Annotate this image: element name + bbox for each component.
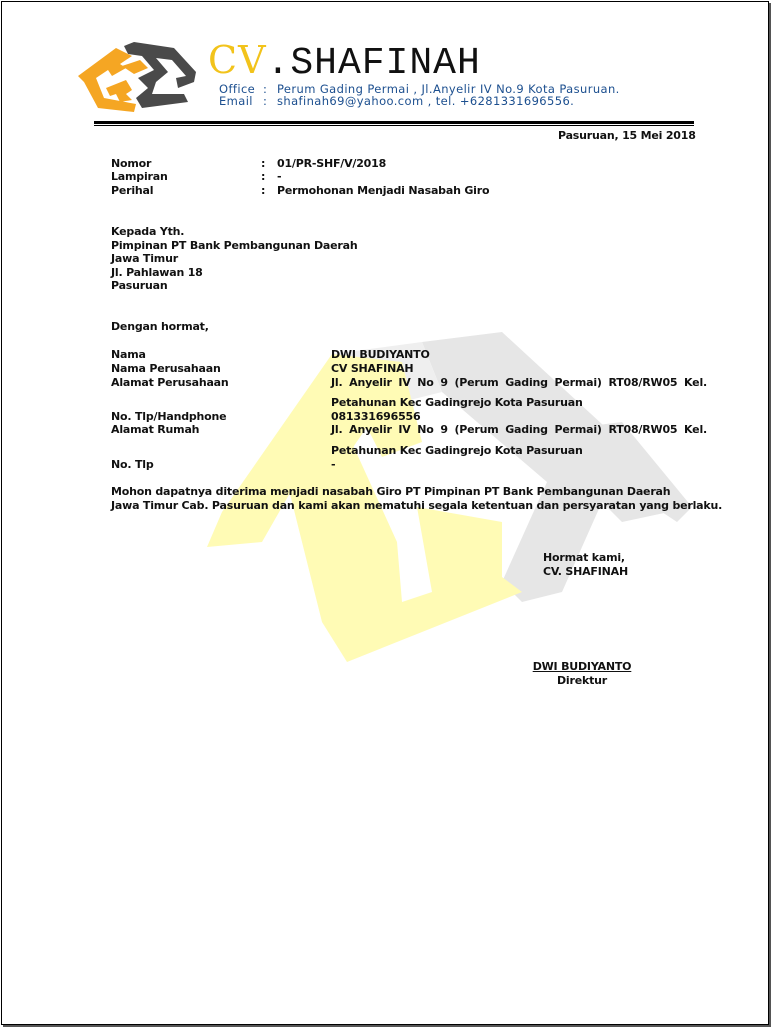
body-line: Jawa Timur Cab. Pasuruan dan kami akan m…: [111, 499, 722, 512]
email-label: Email: [219, 95, 263, 108]
signer-name: DWI BUDIYANTO: [522, 660, 642, 673]
field-value-alamat-rumah-line1: Jl. Anyelir IV No 9 (Perum Gading Permai…: [331, 423, 707, 436]
header-rule-thin: [94, 125, 694, 126]
company-prefix: CV: [208, 38, 267, 82]
recipient-line: Jawa Timur: [111, 252, 178, 265]
recipient-line: Pasuruan: [111, 279, 167, 292]
meta-colon: :: [261, 157, 265, 170]
recipient-line: Kepada Yth.: [111, 225, 184, 238]
field-value-no-tlp-handphone: 081331696556: [331, 410, 420, 423]
recipient-line: Pimpinan PT Bank Pembangunan Daerah: [111, 239, 357, 252]
company-name: .SHAFINAH: [267, 42, 481, 85]
field-value-nama-perusahaan: CV SHAFINAH: [331, 362, 413, 375]
field-label-nama-perusahaan: Nama Perusahaan: [111, 362, 221, 375]
field-label-alamat-perusahaan: Alamat Perusahaan: [111, 376, 229, 389]
email-separator: :: [263, 95, 277, 108]
field-value-alamat-perusahaan-line1: Jl. Anyelir IV No 9 (Perum Gading Permai…: [331, 376, 707, 389]
field-value-alamat-rumah-line2: Petahunan Kec Gadingrejo Kota Pasuruan: [331, 444, 583, 457]
body-line: Mohon dapatnya diterima menjadi nasabah …: [111, 485, 670, 498]
field-label-no-tlp: No. Tlp: [111, 458, 154, 471]
closing-salutation: Hormat kami,: [543, 551, 625, 564]
meta-label-lampiran: Lampiran: [111, 170, 168, 183]
recipient-line: Jl. Pahlawan 18: [111, 266, 203, 279]
company-title: CV.SHAFINAH: [208, 38, 481, 86]
field-label-nama: Nama: [111, 348, 146, 361]
field-label-alamat-rumah: Alamat Rumah: [111, 423, 199, 436]
field-value-no-tlp: -: [331, 458, 335, 471]
letter-page: CV.SHAFINAH Office:Perum Gading Permai ,…: [1, 1, 769, 1025]
meta-label-nomor: Nomor: [111, 157, 151, 170]
meta-colon: :: [261, 170, 265, 183]
email-line: Email:shafinah69@yahoo.com , tel. +62813…: [219, 95, 574, 108]
meta-value-nomor: 01/PR-SHF/V/2018: [277, 157, 386, 170]
header-rule-thick: [94, 121, 694, 124]
fsh-house-logo-icon: [76, 38, 204, 114]
fsh-logo-watermark-icon: [2, 2, 769, 1025]
meta-colon: :: [261, 184, 265, 197]
field-label-no-tlp-handphone: No. Tlp/Handphone: [111, 410, 226, 423]
date-line: Pasuruan, 15 Mei 2018: [558, 129, 696, 142]
email-address: shafinah69@yahoo.com , tel. +62813316965…: [277, 94, 574, 108]
meta-value-lampiran: -: [277, 170, 281, 183]
field-value-nama: DWI BUDIYANTO: [331, 348, 430, 361]
greeting: Dengan hormat,: [111, 320, 209, 333]
meta-value-perihal: Permohonan Menjadi Nasabah Giro: [277, 184, 489, 197]
meta-label-perihal: Perihal: [111, 184, 153, 197]
signer-title: Direktur: [522, 674, 642, 687]
field-value-alamat-perusahaan-line2: Petahunan Kec Gadingrejo Kota Pasuruan: [331, 396, 583, 409]
closing-company: CV. SHAFINAH: [543, 565, 628, 578]
